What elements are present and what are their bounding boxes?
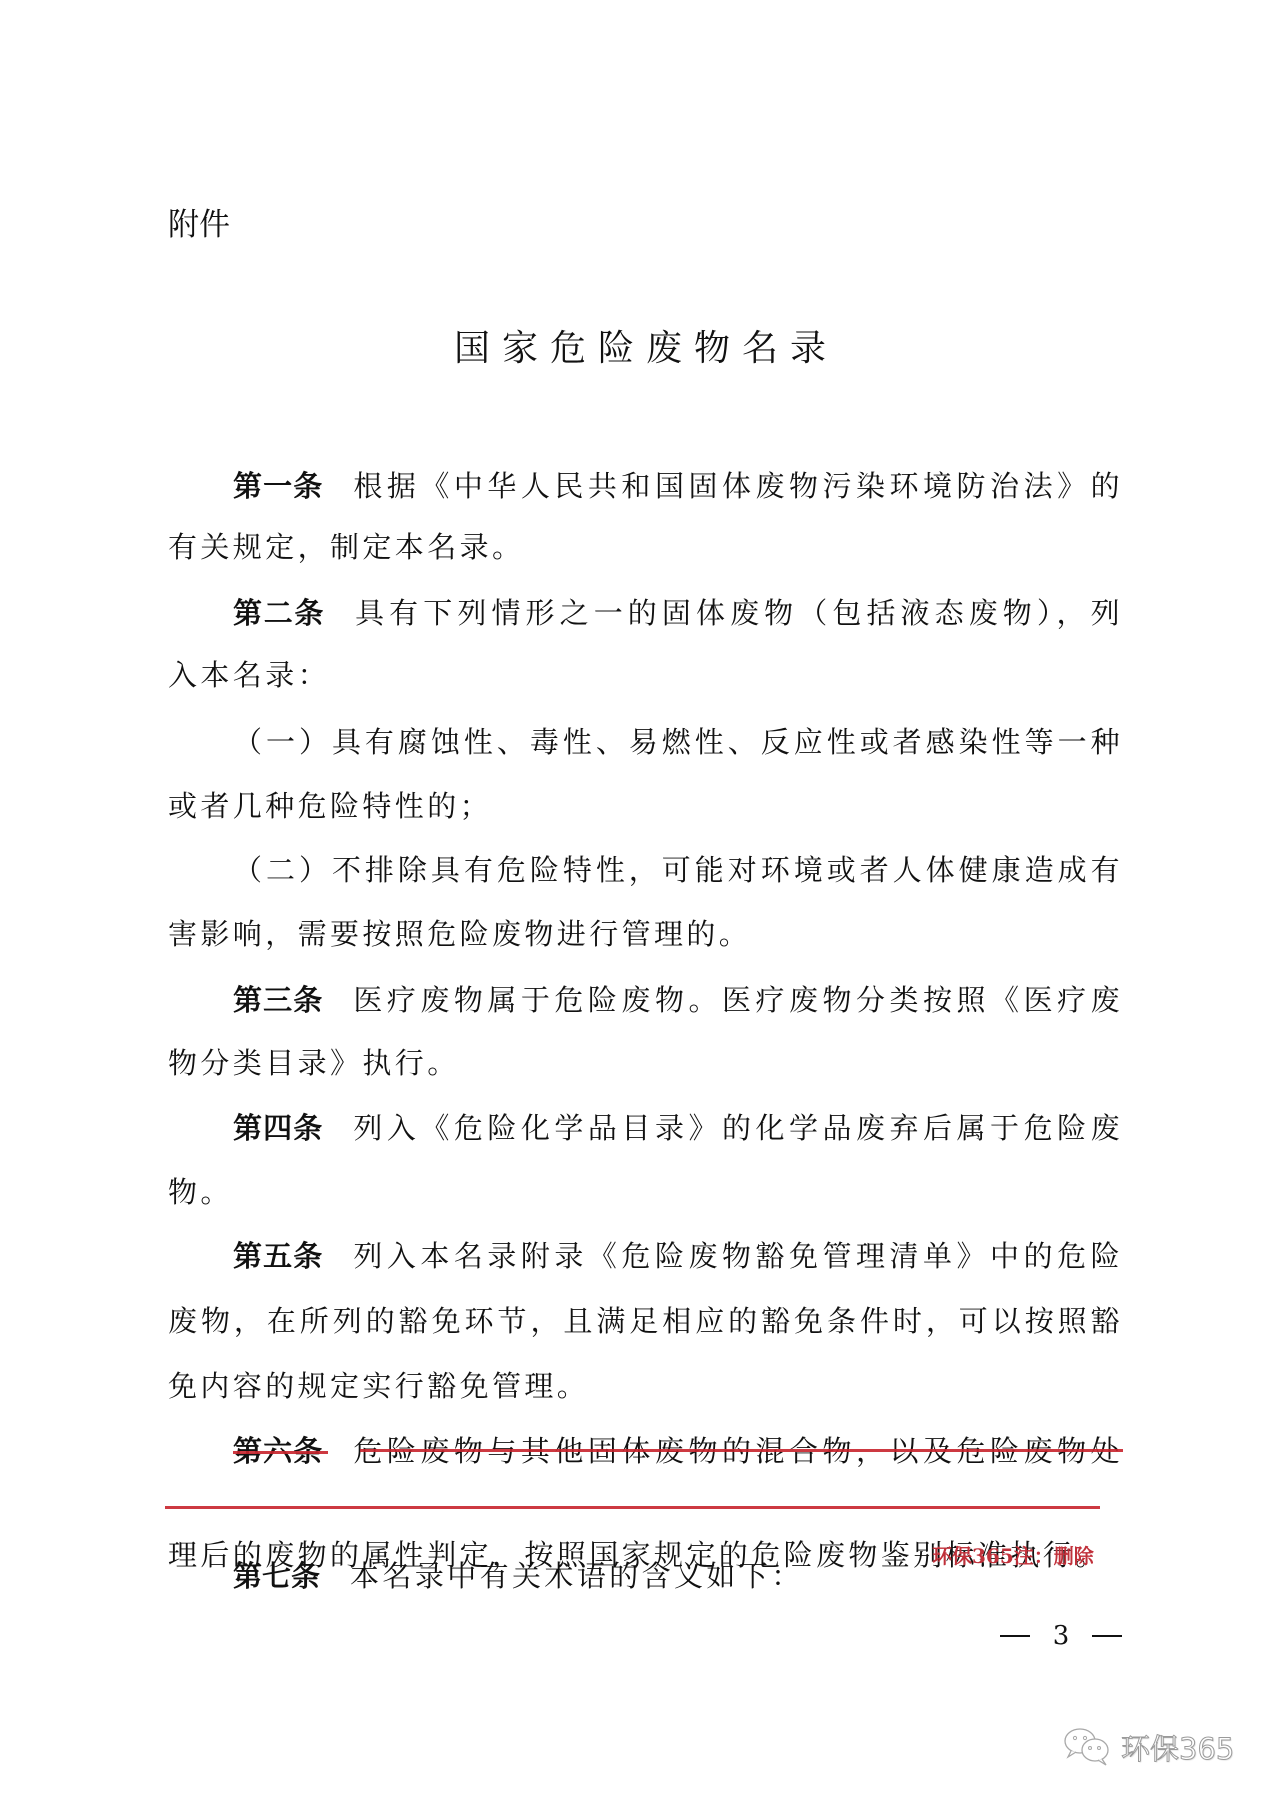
dash-left [1000, 1635, 1030, 1637]
document-page: 附件 国家危险废物名录 第一条根据《中华人民共和国固体废物污染环境防治法》的 有… [0, 0, 1280, 1810]
strikethrough-line [360, 1449, 1123, 1452]
article-text: 物分类目录》执行。 [168, 1046, 460, 1080]
wechat-icon [1063, 1726, 1113, 1772]
strikethrough-line [165, 1506, 1100, 1509]
article-text: 列入《危险化学品目录》的化学品废弃后属于危险废 [353, 1111, 1123, 1145]
article-1-line-2: 有关规定，制定本名录。 [168, 527, 1123, 567]
list-item-text: （一）具有腐蚀性、毒性、易燃性、反应性或者感染性等一种 [233, 725, 1123, 759]
document-title: 国家危险废物名录 [0, 328, 1280, 370]
article-4-line-2: 物。 [168, 1172, 1123, 1212]
article-2-line-1: 第二条具有下列情形之一的固体废物（包括液态废物），列 [233, 593, 1123, 633]
article-number: 第四条 [233, 1111, 323, 1145]
strikethrough-line [233, 1451, 328, 1454]
article-text: 废物，在所列的豁免环节，且满足相应的豁免条件时，可以按照豁 [168, 1304, 1123, 1338]
article-3-line-1: 第三条医疗废物属于危险废物。医疗废物分类按照《医疗废 [233, 980, 1123, 1020]
article-text: 入本名录： [168, 658, 330, 692]
article-number: 第一条 [233, 469, 323, 503]
dash-right [1092, 1635, 1122, 1637]
article-2-item-1-line-2: 或者几种危险特性的； [168, 786, 1123, 826]
list-item-text: 害影响，需要按照危险废物进行管理的。 [168, 917, 751, 951]
page-number-value: 3 [1053, 1621, 1070, 1651]
article-number: 第二条 [233, 596, 325, 630]
article-text: 有关规定，制定本名录。 [168, 530, 524, 564]
attachment-label: 附件 [168, 207, 230, 243]
article-text: 免内容的规定实行豁免管理。 [168, 1369, 589, 1403]
article-4-line-1: 第四条列入《危险化学品目录》的化学品废弃后属于危险废 [233, 1108, 1123, 1148]
watermark-text: 环保365 [1121, 1732, 1234, 1766]
article-text: 医疗废物属于危险废物。医疗废物分类按照《医疗废 [353, 983, 1123, 1017]
article-text: 物。 [168, 1175, 233, 1209]
article-number: 第七条 [233, 1559, 320, 1593]
article-text: 根据《中华人民共和国固体废物污染环境防治法》的 [353, 469, 1123, 503]
article-7-line-1: 第七条本名录中有关术语的含义如下： [233, 1556, 1123, 1596]
article-3-line-2: 物分类目录》执行。 [168, 1043, 1123, 1083]
article-text: 具有下列情形之一的固体废物（包括液态废物），列 [355, 596, 1123, 630]
article-2-item-1-line-1: （一）具有腐蚀性、毒性、易燃性、反应性或者感染性等一种 [233, 722, 1123, 762]
watermark: 环保365 [1063, 1728, 1234, 1770]
article-5-line-3: 免内容的规定实行豁免管理。 [168, 1366, 1123, 1406]
article-number: 第五条 [233, 1239, 323, 1273]
article-1-line-1: 第一条根据《中华人民共和国固体废物污染环境防治法》的 [233, 466, 1123, 506]
article-2-item-2-line-1: （二）不排除具有危险特性，可能对环境或者人体健康造成有 [233, 850, 1123, 890]
article-number: 第三条 [233, 983, 323, 1017]
article-5-line-2: 废物，在所列的豁免环节，且满足相应的豁免条件时，可以按照豁 [168, 1301, 1123, 1341]
article-5-line-1: 第五条列入本名录附录《危险废物豁免管理清单》中的危险 [233, 1236, 1123, 1276]
article-text: 本名录中有关术语的含义如下： [350, 1559, 804, 1593]
list-item-text: （二）不排除具有危险特性，可能对环境或者人体健康造成有 [233, 853, 1123, 887]
article-2-item-2-line-2: 害影响，需要按照危险废物进行管理的。 [168, 914, 1123, 954]
page-number: 3 [1000, 1618, 1122, 1654]
list-item-text: 或者几种危险特性的； [168, 789, 492, 823]
article-text: 列入本名录附录《危险废物豁免管理清单》中的危险 [353, 1239, 1123, 1273]
article-2-line-2: 入本名录： [168, 655, 1123, 695]
